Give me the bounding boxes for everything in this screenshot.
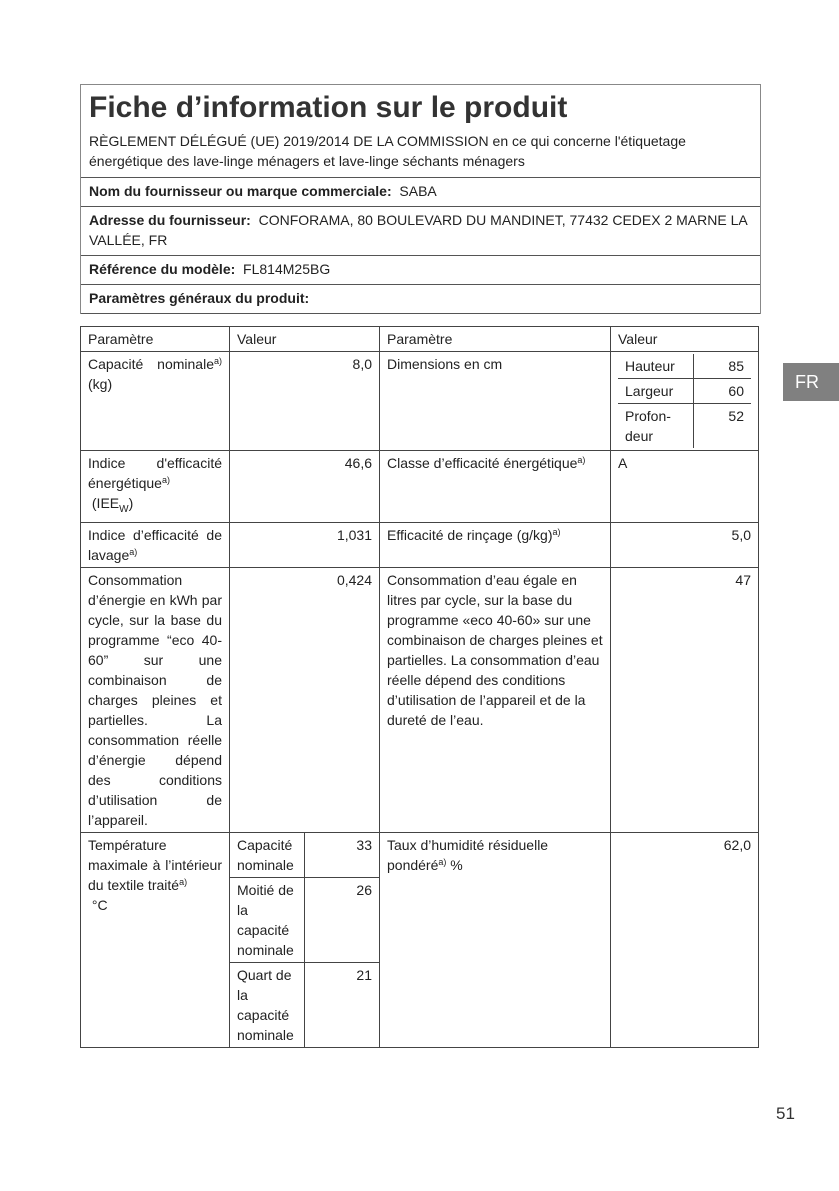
table-header-row: Paramètre Valeur Paramètre Valeur bbox=[81, 327, 759, 352]
water-consumption-label: Consommation d’eau égale en litres par c… bbox=[380, 567, 611, 832]
dimension-row-width: Largeur60 bbox=[618, 379, 751, 404]
energy-consumption-label: Consommation d’énergie en kWh par cycle,… bbox=[81, 567, 230, 832]
eei-label: Indice d'efficacité énergétiquea) (IEEW) bbox=[81, 451, 230, 523]
temp-row-value-full: 33 bbox=[305, 832, 380, 877]
table-row: Consommation d’énergie en kWh par cycle,… bbox=[81, 567, 759, 832]
table-row: Indice d’efficacité de lavagea) 1,031 Ef… bbox=[81, 522, 759, 567]
header-parameter-1: Paramètre bbox=[81, 327, 230, 352]
temp-row-label-full: Capacité nominale bbox=[230, 832, 305, 877]
parameters-table: Paramètre Valeur Paramètre Valeur Capaci… bbox=[80, 326, 759, 1048]
rinsing-value: 5,0 bbox=[611, 522, 759, 567]
model-reference-value: FL814M25BG bbox=[243, 261, 330, 277]
dimension-row-depth: Profon-deur52 bbox=[618, 404, 751, 449]
general-params-row: Paramètres généraux du produit: bbox=[81, 285, 760, 314]
supplier-address-label: Adresse du fournisseur: bbox=[89, 212, 251, 228]
table-row: Indice d'efficacité énergétiquea) (IEEW)… bbox=[81, 451, 759, 523]
capacity-value: 8,0 bbox=[230, 352, 380, 451]
supplier-name-value: SABA bbox=[399, 183, 436, 199]
model-reference-label: Référence du modèle: bbox=[89, 261, 235, 277]
supplier-address-row: Adresse du fournisseur: CONFORAMA, 80 BO… bbox=[81, 207, 760, 256]
table-row: Capacité nominalea) (kg) 8,0 Dimensions … bbox=[81, 352, 759, 451]
temp-row-label-quarter: Quart de la capacité nominale bbox=[230, 962, 305, 1047]
dimension-row-height: Hauteur85 bbox=[618, 354, 751, 379]
dimensions-label: Dimensions en cm bbox=[380, 352, 611, 451]
water-consumption-value: 47 bbox=[611, 567, 759, 832]
washing-index-value: 1,031 bbox=[230, 522, 380, 567]
residual-moisture-value: 62,0 bbox=[611, 832, 759, 1047]
energy-consumption-value: 0,424 bbox=[230, 567, 380, 832]
energy-class-label: Classe d’efficacité énergétiquea) bbox=[380, 451, 611, 523]
temp-row-value-quarter: 21 bbox=[305, 962, 380, 1047]
header-value-2: Valeur bbox=[611, 327, 759, 352]
page-title: Fiche d’information sur le produit bbox=[81, 85, 760, 127]
product-info-sheet: Fiche d’information sur le produit RÈGLE… bbox=[80, 84, 761, 314]
model-reference-row: Référence du modèle: FL814M25BG bbox=[81, 256, 760, 285]
dimensions-values: Hauteur85 Largeur60 Profon-deur52 bbox=[611, 352, 759, 451]
washing-index-label: Indice d’efficacité de lavagea) bbox=[81, 522, 230, 567]
table-row: Température maximale à l’intérieur du te… bbox=[81, 832, 759, 877]
residual-moisture-label: Taux d’humidité résiduelle pondéréa) % bbox=[380, 832, 611, 1047]
eei-value: 46,6 bbox=[230, 451, 380, 523]
max-temperature-label: Température maximale à l’intérieur du te… bbox=[81, 832, 230, 1047]
page-number: 51 bbox=[776, 1104, 795, 1124]
language-tab-fr: FR bbox=[783, 363, 839, 401]
general-params-label: Paramètres généraux du produit: bbox=[89, 290, 309, 306]
rinsing-label: Efficacité de rinçage (g/kg)a) bbox=[380, 522, 611, 567]
supplier-name-label: Nom du fournisseur ou marque commerciale… bbox=[89, 183, 392, 199]
regulation-text: RÈGLEMENT DÉLÉGUÉ (UE) 2019/2014 DE LA C… bbox=[81, 127, 760, 178]
temp-row-value-half: 26 bbox=[305, 877, 380, 962]
header-parameter-2: Paramètre bbox=[380, 327, 611, 352]
temp-row-label-half: Moitié de la capacité nominale bbox=[230, 877, 305, 962]
supplier-name-row: Nom du fournisseur ou marque commerciale… bbox=[81, 178, 760, 207]
header-value-1: Valeur bbox=[230, 327, 380, 352]
energy-class-value: A bbox=[611, 451, 759, 523]
capacity-label: Capacité nominalea) (kg) bbox=[81, 352, 230, 451]
